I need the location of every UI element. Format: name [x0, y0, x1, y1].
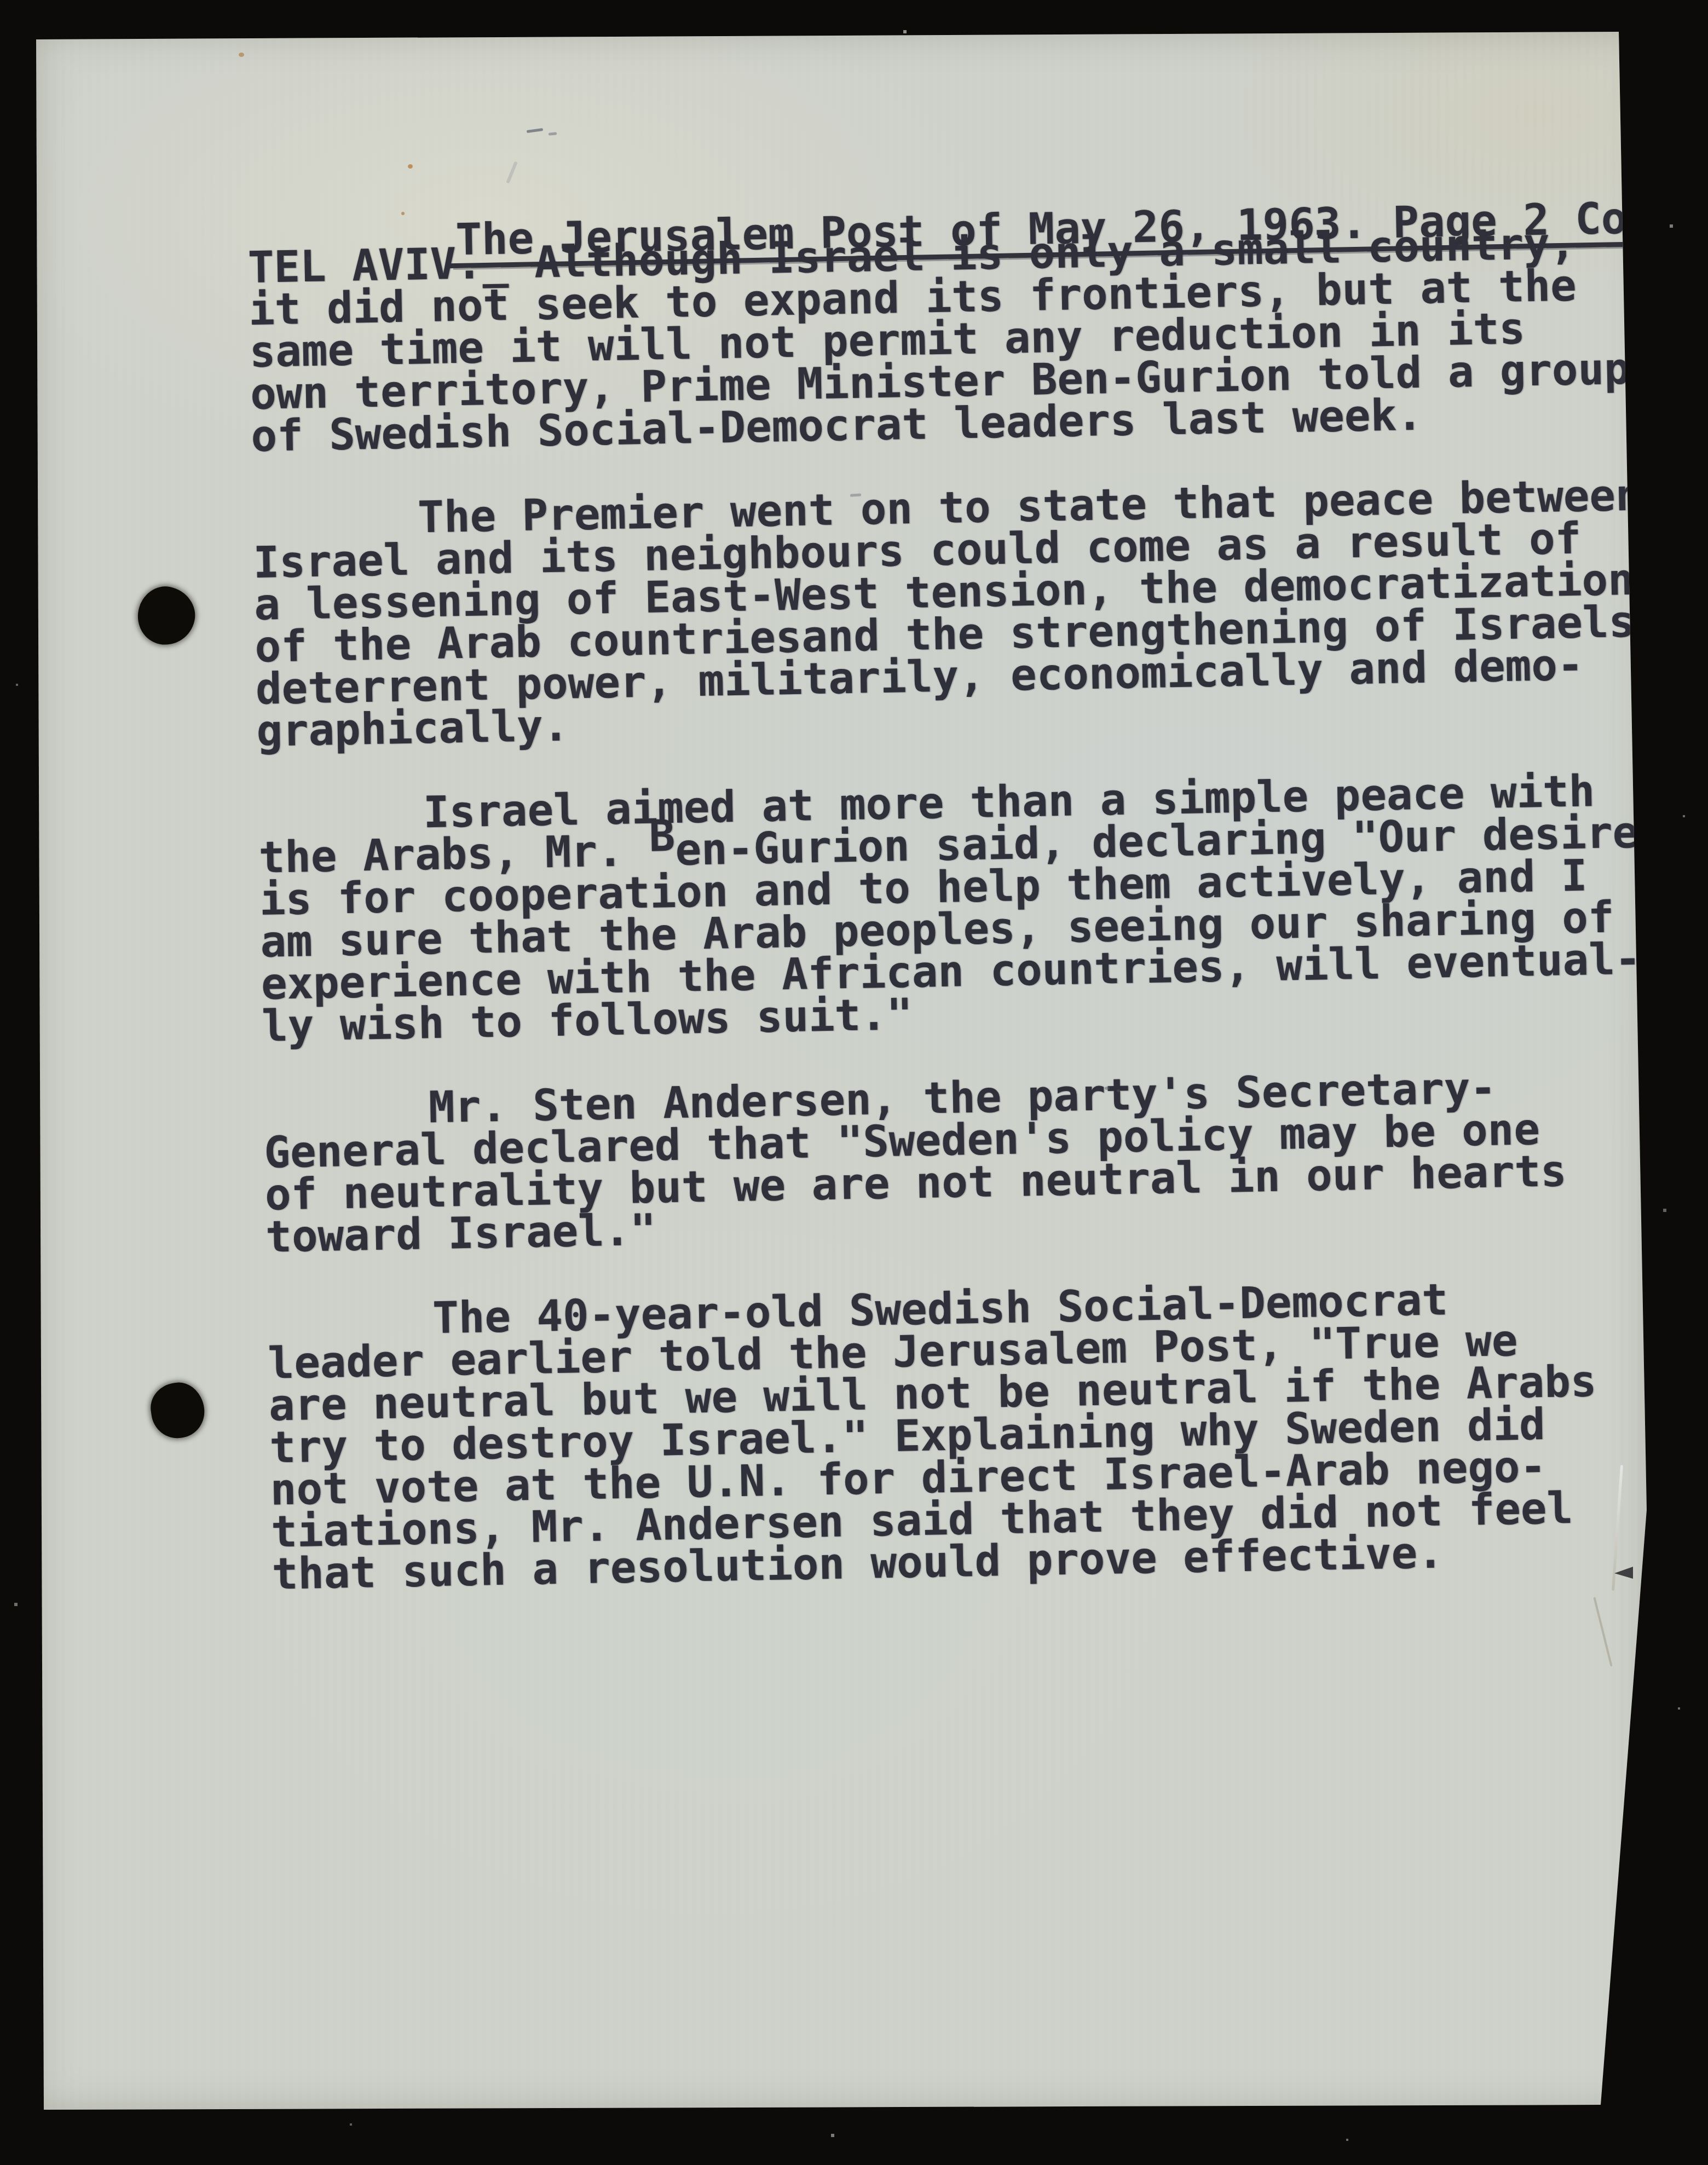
punch-hole-top [132, 581, 200, 650]
paragraph: The Premier went on to state that peace … [252, 474, 1649, 753]
punch-hole-bottom [147, 1379, 207, 1442]
page-title: The Jerusalem Post of May 26, 1963. Page… [298, 154, 1649, 222]
pencil-smudge [527, 128, 543, 133]
paragraph: TEL AVIV._ Although Israel is only a sma… [247, 221, 1649, 458]
pencil-smudge [549, 132, 557, 135]
rust-fleck [408, 164, 413, 169]
typewritten-text: The Jerusalem Post of May 26, 1963. Page… [246, 154, 1649, 1596]
article-body: TEL AVIV._ Although Israel is only a sma… [247, 221, 1649, 1596]
scanner-dust-specks [0, 0, 1, 1]
paragraph: Mr. Sten Andersen, the party's Secretary… [263, 1063, 1649, 1258]
paragraph: The 40-year-old Swedish Social-Democratl… [267, 1274, 1649, 1595]
paper-crease [1593, 1597, 1612, 1666]
document-page: The Jerusalem Post of May 26, 1963. Page… [35, 31, 1649, 2111]
scan-background: { "page": { "background_color": "#0c0b09… [0, 0, 1708, 2165]
ink-speck [1117, 1089, 1120, 1092]
rust-fleck [239, 53, 244, 57]
ink-speck [307, 256, 310, 261]
paragraph: Israel aimed at more than a simple peace… [258, 768, 1649, 1047]
rust-fleck [401, 212, 405, 215]
ink-speck [1105, 1087, 1110, 1090]
